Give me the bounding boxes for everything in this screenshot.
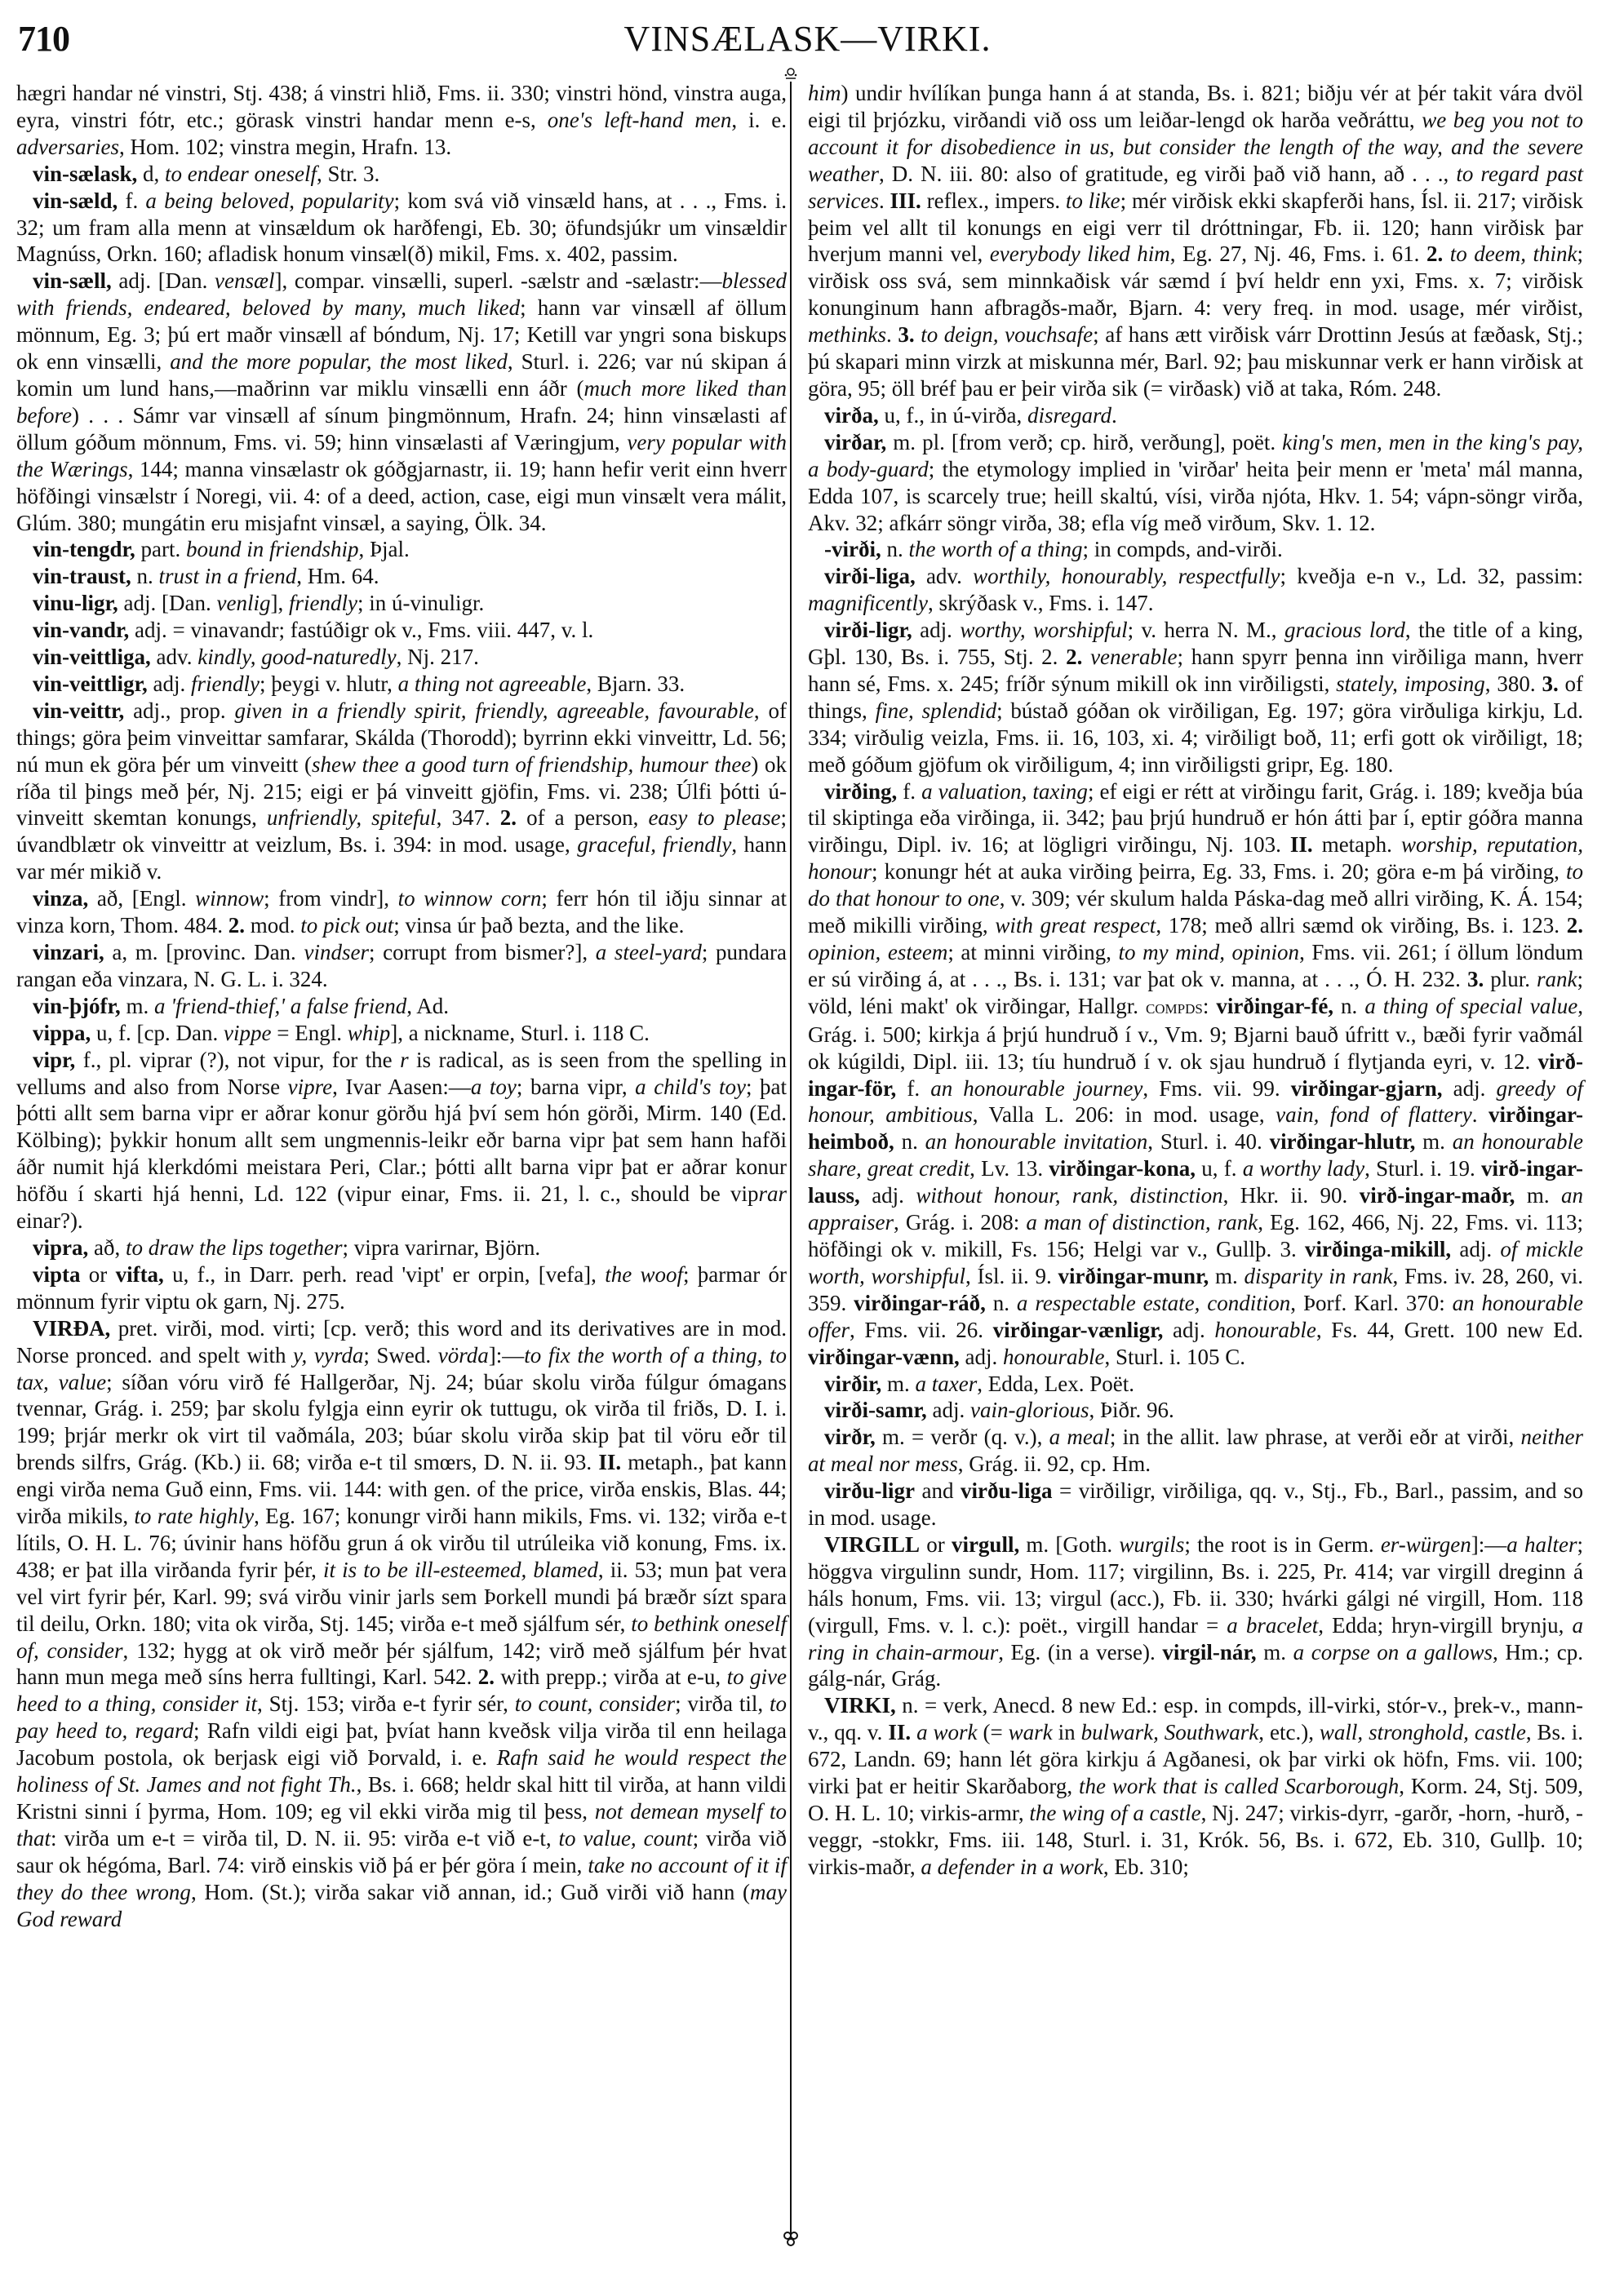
- gloss: a meal: [1049, 1425, 1110, 1449]
- entry-text: ], compar. vinsælli, superl. -sælstr and…: [275, 268, 722, 293]
- headword: virðingar-hlutr,: [1270, 1129, 1416, 1154]
- headword: 2.: [1426, 242, 1443, 266]
- dictionary-entry: vin-vandr, adj. = vinavandr; fastúðigr o…: [16, 617, 787, 644]
- gloss: to endear oneself: [165, 162, 317, 186]
- entry-text: ],: [271, 591, 290, 615]
- small-caps-label: compds: [1146, 996, 1203, 1018]
- entry-text: ; in ú-vinuligr.: [357, 591, 484, 615]
- headword: virgil-nár,: [1162, 1640, 1256, 1664]
- entry-text: , skrýðask v., Fms. i. 147.: [928, 591, 1154, 615]
- headword: 2.: [1567, 913, 1583, 937]
- dictionary-entry: virðir, m. a taxer, Edda, Lex. Poët.: [808, 1371, 1583, 1398]
- gloss: honourable: [1003, 1345, 1105, 1369]
- fleuron-bottom-icon: [783, 2229, 799, 2245]
- entry-text: , i. e.: [731, 108, 787, 132]
- entry-text: and: [915, 1478, 961, 1503]
- entry-text: ; in the allit. law phrase, at verði eðr…: [1110, 1425, 1521, 1449]
- gloss: venerable: [1090, 645, 1177, 669]
- entry-text: f.: [896, 1076, 930, 1101]
- gloss: methinks: [808, 322, 886, 347]
- headword: vin-vandr,: [33, 618, 129, 642]
- entry-text: , Fms. vii. 26.: [850, 1318, 993, 1342]
- gloss: gracious lord: [1284, 618, 1405, 642]
- gloss: fine, splendid: [876, 698, 997, 723]
- entry-text: , Fms. vii. 99.: [1142, 1076, 1290, 1101]
- entry-text: ; kveðja e-n v., Ld. 32, passim:: [1280, 564, 1583, 588]
- entry-text: , 347.: [437, 805, 500, 830]
- dictionary-entry: vin-sæld, f. a being beloved, popularity…: [16, 188, 787, 268]
- entry-text: , Ísl. ii. 9.: [965, 1264, 1058, 1288]
- headword: virð-ingar-maðr,: [1360, 1183, 1515, 1208]
- headword: virðinga-mikill,: [1305, 1237, 1451, 1261]
- entry-text: m. [Goth.: [1019, 1532, 1119, 1557]
- entry-text: n.: [894, 1129, 925, 1154]
- entry-text: m.: [1209, 1264, 1244, 1288]
- entry-text: ]:—: [489, 1343, 525, 1367]
- dictionary-entry: virði-liga, adv. worthily, honourably, r…: [808, 563, 1583, 617]
- headword: 2.: [478, 1664, 495, 1689]
- gloss: a bracelet: [1227, 1613, 1318, 1638]
- entry-text: in: [1053, 1720, 1081, 1744]
- gloss: to count, consider: [515, 1691, 675, 1716]
- dictionary-entry: VIRGILL or virgull, m. [Goth. wurgils; t…: [808, 1531, 1583, 1692]
- entry-text: , Grág. ii. 92, cp. Hm.: [958, 1452, 1151, 1476]
- gloss: him: [808, 81, 841, 105]
- headword: 2.: [500, 805, 517, 830]
- entry-text: , 178; með allri sæmd ok virðing, Bs. i.…: [1156, 913, 1566, 937]
- entry-text: , 144; manna vinsælastr ok góðgjarnastr,…: [16, 457, 787, 535]
- headword: virði-samr,: [824, 1398, 927, 1422]
- dictionary-entry: vinu-ligr, adj. [Dan. venlig], friendly;…: [16, 590, 787, 617]
- gloss: whip: [348, 1021, 391, 1045]
- headword: vin-traust,: [33, 564, 131, 588]
- entry-text: reflex., impers.: [921, 188, 1066, 213]
- entry-text: , D. N. iii. 80: also of gratitude, eg v…: [879, 162, 1456, 186]
- gloss: wurgils: [1119, 1532, 1184, 1557]
- dictionary-entry: vin-veittligr, adj. friendly; þeygi v. h…: [16, 671, 787, 698]
- gloss: an honourable journey: [930, 1076, 1142, 1101]
- entry-text: , Ad.: [406, 994, 449, 1018]
- entry-text: n.: [131, 564, 159, 588]
- headword: vin-sæll,: [33, 268, 112, 293]
- entry-text: ; at minni virðing,: [947, 940, 1118, 964]
- headword: virðr,: [824, 1425, 876, 1449]
- entry-text: or: [81, 1262, 116, 1287]
- gloss: an honourable invitation: [925, 1129, 1148, 1154]
- gloss: a man of distinction, rank: [1026, 1210, 1258, 1234]
- headword: vinu-ligr,: [33, 591, 118, 615]
- entry-text: , Edda, Lex. Poët.: [977, 1372, 1134, 1396]
- dictionary-entry: vin-veittr, adj., prop. given in a frien…: [16, 698, 787, 885]
- headword: virðir,: [824, 1372, 881, 1396]
- entry-text: m. pl. [from verð; cp. hirð, verðung], p…: [886, 430, 1282, 454]
- entry-text: ; from vindr],: [264, 886, 398, 911]
- gloss: a defender in a work: [921, 1855, 1103, 1879]
- dictionary-entry: vipta or vifta, u, f., in Darr. perh. re…: [16, 1261, 787, 1315]
- gloss: stately, imposing: [1336, 672, 1485, 696]
- gloss: a corpse on a gallows: [1293, 1640, 1493, 1664]
- entry-text: , Stj. 153; virða e-t fyrir sér,: [257, 1691, 515, 1716]
- headword: vipta: [33, 1262, 81, 1287]
- entry-text: [1082, 645, 1090, 669]
- gloss: vindser: [304, 940, 368, 964]
- entry-text: adj. [Dan.: [112, 268, 215, 293]
- headword: virðingar-kona,: [1049, 1156, 1196, 1181]
- gloss: adversaries: [16, 135, 119, 159]
- dictionary-entry: vin-sælask, d, to endear oneself, Str. 3…: [16, 161, 787, 188]
- entry-text: adv.: [151, 645, 197, 669]
- entry-text: m. = verðr (q. v.),: [876, 1425, 1049, 1449]
- headword: vin-veittliga,: [33, 645, 151, 669]
- headword: 3.: [1542, 672, 1558, 696]
- gloss: a steel-yard: [596, 940, 702, 964]
- entry-text: , Nj. 217.: [397, 645, 479, 669]
- gloss: trust in a friend: [159, 564, 297, 588]
- gloss: to draw the lips together: [126, 1235, 343, 1260]
- dictionary-entry: vin-veittliga, adv. kindly, good-natured…: [16, 644, 787, 671]
- gloss: magnificently: [808, 591, 928, 615]
- entry-text: , Ivar Aasen:—: [332, 1075, 471, 1099]
- dictionary-entry: virði-samr, adj. vain-glorious, Þiðr. 96…: [808, 1397, 1583, 1424]
- headword: 3.: [1467, 967, 1484, 991]
- entry-text: n.: [1333, 994, 1364, 1018]
- entry-text: , Sturl. i. 40.: [1147, 1129, 1269, 1154]
- gloss: bulwark, Southwark: [1081, 1720, 1259, 1744]
- entry-text: u, f.: [1196, 1156, 1243, 1181]
- gloss: given in a friendly spirit, friendly, ag…: [234, 698, 753, 723]
- entry-text: adj. = vinavandr; fastúðigr ok v., Fms. …: [129, 618, 593, 642]
- gloss: a valuation, taxing: [921, 779, 1088, 804]
- entry-text: .: [1111, 403, 1117, 428]
- dictionary-entry: virðar, m. pl. [from verð; cp. hirð, ver…: [808, 429, 1583, 537]
- gloss: the woof: [605, 1262, 683, 1287]
- dictionary-entry: vipra, að, to draw the lips together; vi…: [16, 1234, 787, 1261]
- gloss: one's left-hand men: [548, 108, 732, 132]
- entry-text: ; the root is in Germ.: [1184, 1532, 1380, 1557]
- headword: III.: [890, 188, 921, 213]
- headword: virðar,: [824, 430, 886, 454]
- gloss: everybody liked him: [990, 242, 1170, 266]
- entry-text: (=: [978, 1720, 1009, 1744]
- gloss: r: [400, 1048, 409, 1072]
- entry-text: f., pl. viprar (?), not vipur, for the: [75, 1048, 400, 1072]
- dictionary-entry: vinzari, a, m. [provinc. Dan. vindser; c…: [16, 939, 787, 993]
- headword: vin-þjófr,: [33, 994, 121, 1018]
- entry-text: [1443, 242, 1450, 266]
- gloss: a worthy lady: [1243, 1156, 1364, 1181]
- headword: virðu-liga: [961, 1478, 1053, 1503]
- entry-continuation: him) undir hvílíkan þunga hann á at stan…: [808, 80, 1583, 402]
- entry-text: , Hom. (St.); virða sakar við annan, id.…: [191, 1880, 750, 1904]
- dictionary-entry: -virði, n. the worth of a thing; in comp…: [808, 536, 1583, 563]
- gloss: opinion, esteem: [808, 940, 947, 964]
- entry-text: , Bjarn. 33.: [586, 672, 685, 696]
- headword: 3.: [898, 322, 914, 347]
- gloss: a taxer: [916, 1372, 978, 1396]
- gloss: to like: [1066, 188, 1120, 213]
- gloss: disparity in rank: [1245, 1264, 1393, 1288]
- dictionary-entry: vin-traust, n. trust in a friend, Hm. 64…: [16, 563, 787, 590]
- entry-text: ; corrupt from bismer?],: [369, 940, 596, 964]
- gloss: vippe: [224, 1021, 271, 1045]
- entry-text: , Þjal.: [359, 537, 410, 561]
- headword: vin-veittr,: [33, 698, 124, 723]
- gloss: worthily, honourably, respectfully: [973, 564, 1280, 588]
- entry-text: a, m. [provinc. Dan.: [104, 940, 304, 964]
- gloss: without honour, rank, distinction: [916, 1183, 1222, 1208]
- entry-text: , Sturl. i. 19.: [1364, 1156, 1481, 1181]
- headword: virði-ligr,: [824, 618, 912, 642]
- entry-text: ; Swed.: [363, 1343, 437, 1367]
- entry-text: ], a nickname, Sturl. i. 118 C.: [390, 1021, 650, 1045]
- dictionary-entry: vipr, f., pl. viprar (?), not vipur, for…: [16, 1047, 787, 1234]
- dictionary-entry: virði-ligr, adj. worthy, worshipful; v. …: [808, 617, 1583, 778]
- headword: vin-sæld,: [33, 188, 118, 213]
- gloss: er-würgen: [1381, 1532, 1471, 1557]
- gloss: a thing not agreeable: [398, 672, 587, 696]
- entry-text: , Str. 3.: [317, 162, 379, 186]
- entry-text: ; þeygi v. hlutr,: [260, 672, 398, 696]
- headword: virgull,: [952, 1532, 1019, 1557]
- entry-text: ; konungr hét at auka virðing þeirra, Eg…: [872, 859, 1566, 884]
- gloss: with great respect: [995, 913, 1156, 937]
- gloss: a work: [916, 1720, 977, 1744]
- entry-text: m.: [1515, 1183, 1561, 1208]
- entry-text: m.: [1415, 1129, 1452, 1154]
- entry-text: n.: [986, 1291, 1017, 1315]
- headword: virðingar-fé,: [1216, 994, 1333, 1018]
- headword: II.: [888, 1720, 911, 1744]
- entry-text: , Eg. 27, Nj. 46, Fms. i. 61.: [1170, 242, 1426, 266]
- gloss: the worth of a thing: [908, 537, 1082, 561]
- entry-text: , 380.: [1485, 672, 1542, 696]
- gloss: vensæl: [215, 268, 275, 293]
- entry-text: adj.: [148, 672, 191, 696]
- dictionary-entry: vin-sæll, adj. [Dan. vensæl], compar. vi…: [16, 268, 787, 536]
- gloss: unfriendly, spiteful: [267, 805, 437, 830]
- headword: -virði,: [824, 537, 881, 561]
- entry-text: adj. [Dan.: [118, 591, 217, 615]
- entry-text: : virða um e-t = virða til, D. N. ii. 95…: [51, 1826, 559, 1851]
- dictionary-entry: virðing, f. a valuation, taxing; ef eigi…: [808, 778, 1583, 1371]
- entry-text: adv.: [916, 564, 973, 588]
- gloss: a thing of special value: [1364, 994, 1577, 1018]
- entry-text: with prepp.; virða at e-u,: [495, 1664, 727, 1689]
- dictionary-entry: virðu-ligr and virðu-liga = virðiligr, v…: [808, 1478, 1583, 1531]
- headword: vin-tengdr,: [33, 537, 135, 561]
- entry-text: adj., prop.: [124, 698, 234, 723]
- gloss: graceful, friendly: [577, 832, 731, 857]
- headword: VIRÐA,: [33, 1316, 110, 1341]
- gloss: to deign, vouchsafe: [921, 322, 1093, 347]
- gloss: easy to please: [648, 805, 780, 830]
- headword: 2.: [228, 913, 245, 937]
- entry-text: u, f., in Darr. perh. read 'vipt' er orp…: [164, 1262, 605, 1287]
- dictionary-entry: virðr, m. = verðr (q. v.), a meal; in th…: [808, 1424, 1583, 1478]
- gloss: the work that is called Scarborough: [1079, 1774, 1399, 1798]
- entry-text: , Grág. i. 208:: [894, 1210, 1026, 1234]
- left-column: hægri handar né vinstri, Stj. 438; á vin…: [16, 80, 787, 1933]
- headword: vifta,: [116, 1262, 164, 1287]
- entry-text: , Fs. 44, Grett. 100 new Ed.: [1316, 1318, 1583, 1342]
- gloss: a toy: [471, 1075, 517, 1099]
- headword: vin-sælask,: [33, 162, 137, 186]
- gloss: worthy, worshipful: [960, 618, 1127, 642]
- entry-text: , etc.),: [1258, 1720, 1320, 1744]
- gloss: disregard: [1027, 403, 1111, 428]
- gloss: to value, count: [559, 1826, 693, 1851]
- headword: II.: [598, 1450, 621, 1474]
- gloss: venlig: [217, 591, 271, 615]
- entry-text: , Edda; hryn-virgill brynju,: [1318, 1613, 1572, 1638]
- gloss: vörda: [438, 1343, 489, 1367]
- entry-text: u, f., in ú-virða,: [879, 403, 1027, 428]
- entry-text: m.: [1257, 1640, 1293, 1664]
- entry-text: n.: [881, 537, 909, 561]
- entry-text: plur.: [1484, 967, 1537, 991]
- gloss: bound in friendship: [186, 537, 359, 561]
- entry-text: að, [Engl.: [88, 886, 195, 911]
- entry-text: , Þiðr. 96.: [1089, 1398, 1174, 1422]
- headword: vin-veittligr,: [33, 672, 148, 696]
- entry-text: ; barna vipr,: [517, 1075, 635, 1099]
- entry-text: , Sturl. i. 105 C.: [1105, 1345, 1246, 1369]
- entry-text: , Hom. 102; vinstra megin, Hrafn. 13.: [119, 135, 451, 159]
- entry-text: , Hkr. ii. 90.: [1223, 1183, 1360, 1208]
- entry-text: adj.: [860, 1183, 916, 1208]
- entry-text: adj.: [1163, 1318, 1214, 1342]
- entry-text: .: [886, 322, 898, 347]
- gloss: to pick out: [300, 913, 393, 937]
- headword: VIRKI,: [824, 1693, 896, 1718]
- entry-text: mod.: [245, 913, 300, 937]
- headword: virðingar-gjarn,: [1291, 1076, 1443, 1101]
- entry-text: adj.: [927, 1398, 970, 1422]
- gloss: vipre: [288, 1075, 332, 1099]
- right-column: him) undir hvílíkan þunga hann á at stan…: [808, 80, 1583, 1881]
- entry-text: .: [1472, 1102, 1489, 1127]
- gloss: shew thee a good turn of friendship, hum…: [312, 752, 751, 777]
- entry-text: f.: [897, 779, 921, 804]
- dictionary-entry: VIRKI, n. = verk, Anecd. 8 new Ed.: esp.…: [808, 1692, 1583, 1880]
- gloss: rank: [1537, 967, 1577, 991]
- gloss: a halter: [1506, 1532, 1577, 1557]
- headword: vipra,: [33, 1235, 88, 1260]
- gloss: friendly: [289, 591, 357, 615]
- entry-text: adj.: [1451, 1237, 1500, 1261]
- gloss: a respectable estate, condition: [1017, 1291, 1290, 1315]
- headword: 2.: [1066, 645, 1082, 669]
- entry-text: ; vinsa úr það bezta, and the like.: [393, 913, 684, 937]
- entry-text: f.: [118, 188, 145, 213]
- fleuron-top-icon: [783, 67, 799, 83]
- entry-text: ; vipra varirnar, Björn.: [343, 1235, 541, 1260]
- headword: virði-liga,: [824, 564, 916, 588]
- dictionary-entry: VIRÐA, pret. virði, mod. virti; [cp. ver…: [16, 1315, 787, 1933]
- entry-text: ; v. herra N. M.,: [1128, 618, 1284, 642]
- dictionary-entry: virða, u, f., in ú-virða, disregard.: [808, 402, 1583, 429]
- gloss: a being beloved, popularity: [145, 188, 393, 213]
- dictionary-entry: vin-þjófr, m. a 'friend-thief,' a false …: [16, 993, 787, 1020]
- dictionary-entry: vippa, u, f. [cp. Dan. vippe = Engl. whi…: [16, 1020, 787, 1047]
- headword: virðingar-ráð,: [854, 1291, 986, 1315]
- headword: virðing,: [824, 779, 897, 804]
- gloss: honourable: [1214, 1318, 1316, 1342]
- entry-text: d,: [137, 162, 165, 186]
- headword: vipr,: [33, 1048, 75, 1072]
- gloss: vain, fond of flattery: [1276, 1102, 1472, 1127]
- headword: VIRGILL: [824, 1532, 920, 1557]
- entry-text: , Lv. 13.: [969, 1156, 1049, 1181]
- gloss: to winnow corn: [398, 886, 542, 911]
- entry-text: ; in compds, and-virði.: [1083, 537, 1283, 561]
- entry-text: adj.: [912, 618, 961, 642]
- headword: vinzari,: [33, 940, 104, 964]
- entry-text: m.: [881, 1372, 915, 1396]
- gloss: and the more popular, the most liked: [170, 349, 508, 374]
- entry-text: ; virða til,: [675, 1691, 770, 1716]
- entry-text: metaph.: [1313, 832, 1401, 857]
- gloss: y, vyrda: [293, 1343, 363, 1367]
- entry-text: að,: [88, 1235, 126, 1260]
- gloss: kindly, good-naturedly: [197, 645, 396, 669]
- headword: virðingar-vænn,: [808, 1345, 960, 1369]
- entry-text: , Þorf. Karl. 370:: [1290, 1291, 1452, 1315]
- gloss: wark: [1009, 1720, 1053, 1744]
- running-head: VINSÆLASK—VIRKI.: [0, 18, 1615, 60]
- headword: virðingar-munr,: [1058, 1264, 1209, 1288]
- entry-text: ]:—: [1471, 1532, 1507, 1557]
- headword: II.: [1290, 832, 1313, 857]
- gloss: winnow: [195, 886, 264, 911]
- gloss: a child's toy: [635, 1075, 746, 1099]
- entry-text: = Engl.: [271, 1021, 347, 1045]
- headword: vippa,: [33, 1021, 91, 1045]
- gloss: friendly: [191, 672, 260, 696]
- headword: virðu-ligr: [824, 1478, 915, 1503]
- entry-text: u, f. [cp. Dan.: [91, 1021, 224, 1045]
- entry-text: of a person,: [517, 805, 648, 830]
- entry-text: part.: [135, 537, 186, 561]
- entry-text: m.: [121, 994, 154, 1018]
- entry-text: adj.: [960, 1345, 1003, 1369]
- dictionary-entry: vinza, að, [Engl. winnow; from vindr], t…: [16, 885, 787, 939]
- entry-text: einar?).: [16, 1208, 83, 1233]
- gloss: rar: [758, 1181, 787, 1206]
- gloss: a 'friend-thief,' a false friend: [154, 994, 406, 1018]
- entry-text: :: [1203, 994, 1217, 1018]
- entry-text: or: [920, 1532, 952, 1557]
- gloss: to my mind, opinion: [1119, 940, 1300, 964]
- entry-text: , Hm. 64.: [296, 564, 379, 588]
- entry-text: , Eb. 310;: [1103, 1855, 1189, 1879]
- gloss: vain-glorious: [970, 1398, 1089, 1422]
- column-divider: [790, 82, 792, 2234]
- entry-text: .: [879, 188, 890, 213]
- gloss: it is to be ill-esteemed, blamed: [323, 1558, 598, 1582]
- entry-text: , Eg. (in a verse).: [998, 1640, 1162, 1664]
- entry-text: , Valla L. 206: in mod. usage,: [973, 1102, 1276, 1127]
- gloss: to deem, think: [1450, 242, 1577, 266]
- headword: vinza,: [33, 886, 88, 911]
- headword: virða,: [824, 403, 879, 428]
- gloss: the wing of a castle: [1029, 1801, 1200, 1825]
- headword: virðingar-vænligr,: [993, 1318, 1164, 1342]
- entry-continuation: hægri handar né vinstri, Stj. 438; á vin…: [16, 80, 787, 161]
- dictionary-entry: vin-tengdr, part. bound in friendship, Þ…: [16, 536, 787, 563]
- entry-text: adj.: [1443, 1076, 1497, 1101]
- gloss: wall, stronghold, castle: [1320, 1720, 1526, 1744]
